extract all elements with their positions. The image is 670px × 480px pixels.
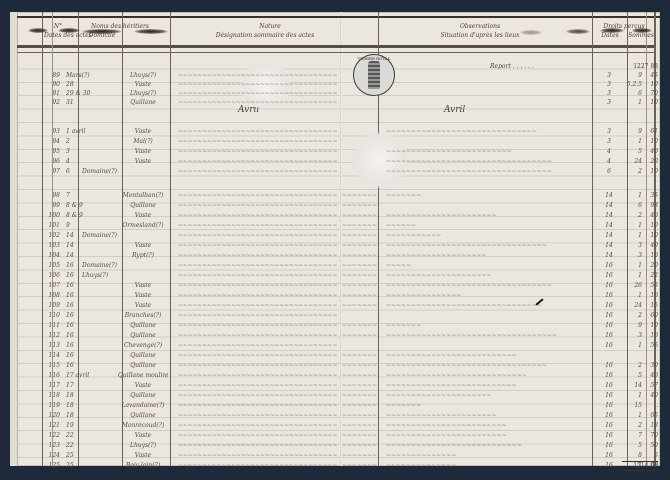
report-value: 1227 88 bbox=[622, 63, 658, 70]
ink-blot bbox=[566, 29, 590, 34]
ink-blot bbox=[28, 28, 48, 33]
ink-blot bbox=[632, 28, 652, 33]
top-rule bbox=[17, 16, 660, 18]
grand-total: 1514 90 bbox=[622, 461, 658, 471]
ink-blot bbox=[58, 28, 80, 33]
table-row: 12525Bois-loin(?)~~~~~~~~~~~~~~~~~~~~~~~… bbox=[10, 462, 660, 474]
header-rule bbox=[17, 45, 654, 48]
ink-blot bbox=[520, 30, 542, 35]
table-row: 976Domaine(?)~~~~~~~~~~~~~~~~~~~~~~~~~~~… bbox=[10, 168, 660, 180]
header-droits-dates: Dates bbox=[594, 32, 626, 39]
header-dates: Dates des actes bbox=[44, 32, 80, 39]
table-row: 9231Quillane~~~~~~~~~~~~~~~~~~~~~~~~~~~~… bbox=[10, 99, 660, 111]
ink-blot bbox=[600, 28, 624, 33]
header-observations: Observations bbox=[430, 23, 530, 30]
report-label: Report . . . . . . bbox=[490, 63, 534, 70]
ink-blot bbox=[82, 29, 122, 34]
header-droits-sommes: Sommes bbox=[628, 32, 654, 39]
ledger-page: N° Dates des actes Noms des héritiers Do… bbox=[10, 12, 660, 466]
header-nature: Nature bbox=[210, 23, 330, 30]
header-rule-thin bbox=[17, 52, 654, 53]
header-nature-sub: Désignation sommaire des actes bbox=[190, 32, 340, 39]
ink-blot bbox=[134, 29, 168, 34]
